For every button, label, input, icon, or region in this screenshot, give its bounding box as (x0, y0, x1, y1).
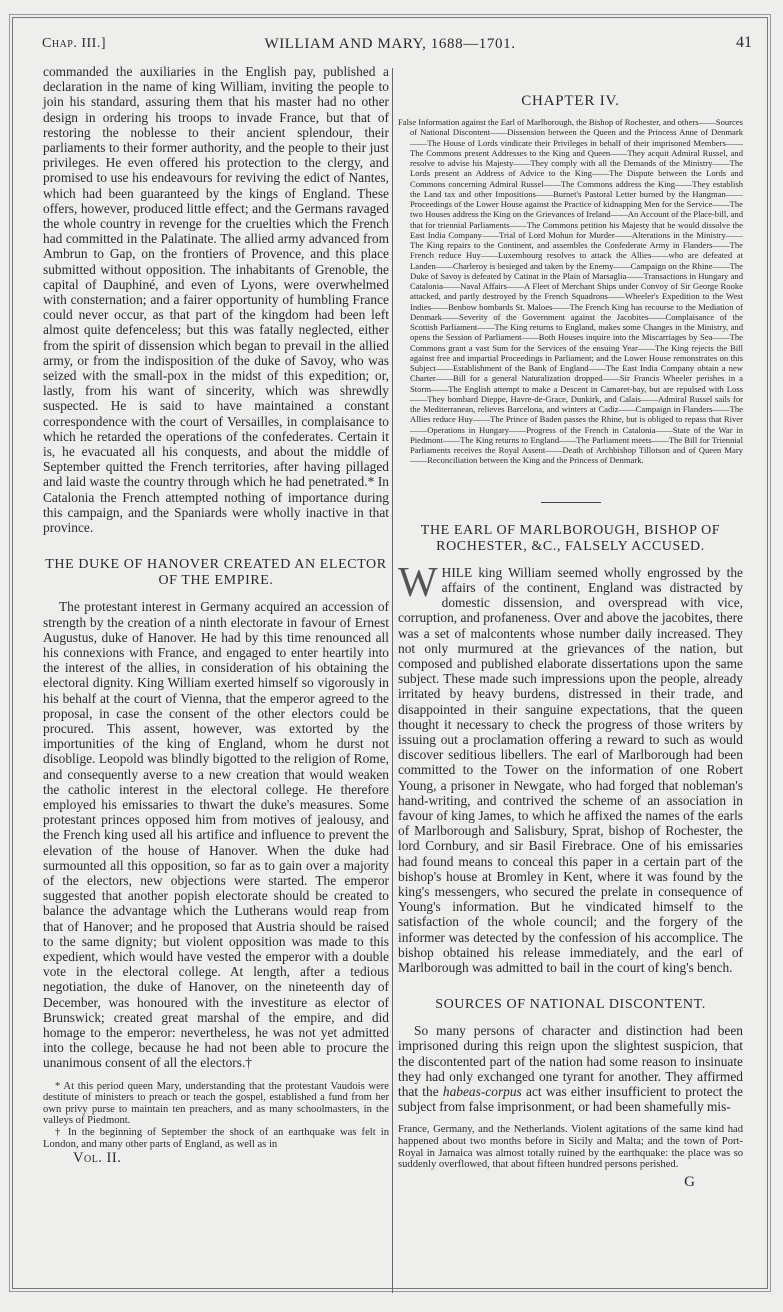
section-rule (541, 502, 601, 503)
chapter-title: CHAPTER IV. (398, 94, 743, 109)
section-title-marlborough: THE EARL OF MARLBOROUGH, BISHOP OF ROCHE… (398, 523, 743, 555)
page-number: 41 (736, 34, 752, 52)
footnote-continuation: France, Germany, and the Netherlands. Vi… (398, 1124, 743, 1170)
gathering-signature: G (398, 1175, 743, 1190)
column-divider (392, 68, 393, 1293)
running-header: Chap. III.] WILLIAM AND MARY, 1688—1701.… (30, 36, 750, 60)
footnotes: * At this period queen Mary, understandi… (43, 1081, 389, 1151)
drop-cap: W (398, 567, 438, 599)
continuation-paragraph: commanded the auxiliaries in the English… (43, 64, 389, 535)
hanover-paragraph: The protestant interest in Germany acqui… (43, 599, 389, 1070)
right-column: CHAPTER IV. False Information against th… (398, 64, 743, 1190)
volume-signature: Vol. II. (73, 1151, 389, 1166)
footnote-continuation-text: France, Germany, and the Netherlands. Vi… (398, 1124, 743, 1170)
footnote-asterisk: * At this period queen Mary, understandi… (43, 1081, 389, 1127)
discontent-italic: habeas-corpus (443, 1084, 522, 1099)
section-title-discontent: SOURCES OF NATIONAL DISCONTENT. (398, 997, 743, 1013)
chapter-synopsis: False Information against the Earl of Ma… (398, 117, 743, 466)
section-title-hanover: THE DUKE OF HANOVER CREATED AN ELECTOR O… (43, 557, 389, 589)
footnote-dagger: † In the beginning of September the shoc… (43, 1127, 389, 1150)
running-title: WILLIAM AND MARY, 1688—1701. (30, 36, 750, 53)
marlborough-text: HILE king William seemed wholly engrosse… (398, 565, 743, 975)
left-column: commanded the auxiliaries in the English… (43, 64, 389, 1166)
marlborough-paragraph: WHILE king William seemed wholly engross… (398, 565, 743, 975)
discontent-paragraph: So many persons of character and distinc… (398, 1023, 743, 1114)
